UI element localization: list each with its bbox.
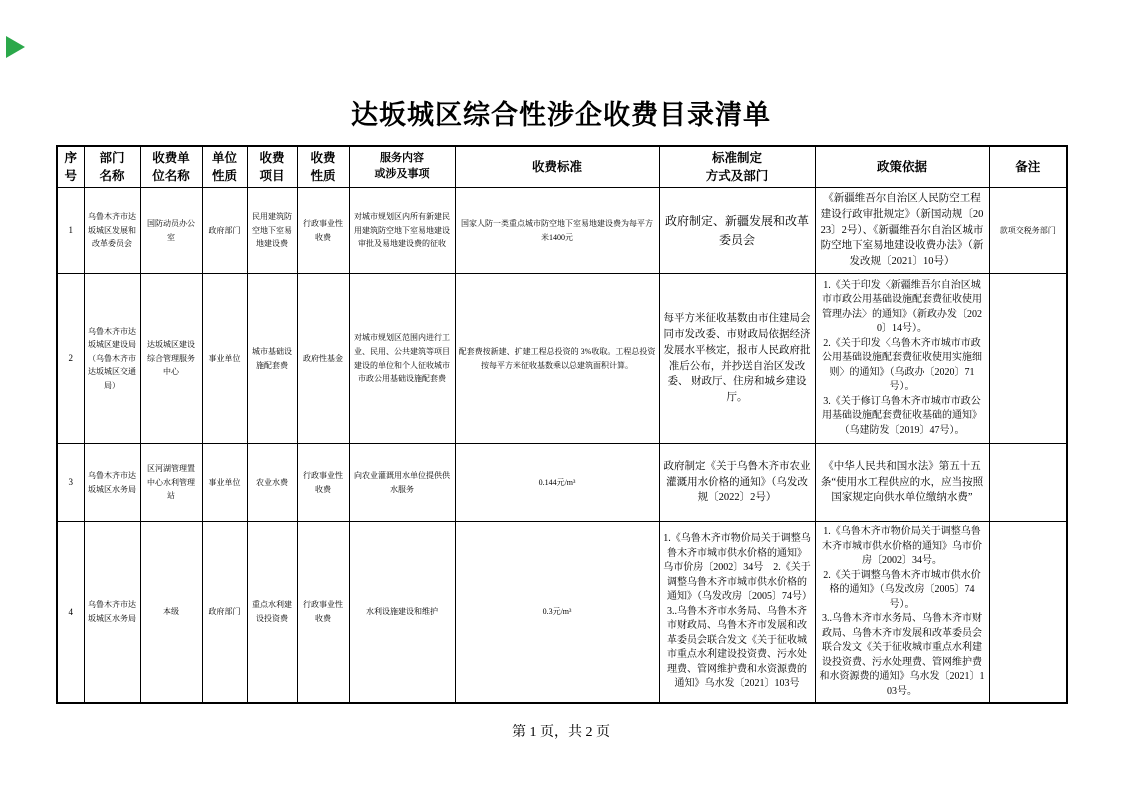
cell-unit: 达坂城区建设综合管理服务中心 <box>140 274 202 444</box>
table-row: 1 乌鲁木齐市达坂城区发展和改革委员会 国防动员办公室 政府部门 民用建筑防空地… <box>57 188 1067 274</box>
cell-method: 每平方米征收基数由市住建局会同市发改委、市财政局依据经济发展水平核定，报市人民政… <box>659 274 815 444</box>
cell-fee-item: 重点水利建设投资费 <box>247 522 297 704</box>
cell-service: 对城市规划区范围内进行工业、民用、公共建筑等项目建设的单位和个人征收城市市政公用… <box>349 274 455 444</box>
cell-service: 向农业灌溉用水单位提供供水服务 <box>349 444 455 522</box>
cell-unit: 国防动员办公室 <box>140 188 202 274</box>
cell-method: 政府制定、新疆发展和改革委员会 <box>659 188 815 274</box>
cell-fee-nature: 政府性基金 <box>297 274 349 444</box>
cell-unit: 区河湖管理置中心水利管理站 <box>140 444 202 522</box>
cell-seq: 2 <box>57 274 84 444</box>
cell-unit-nature: 政府部门 <box>202 522 247 704</box>
fee-catalog-table: 序 号 部门 名称 收费单 位名称 单位 性质 收费 项目 收费 性质 服务内容… <box>56 145 1068 704</box>
cell-unit-nature: 政府部门 <box>202 188 247 274</box>
cell-basis: 《新疆维吾尔自治区人民防空工程建设行政审批规定》（新国动规〔2023〕2号）、《… <box>815 188 989 274</box>
cell-basis: 1.《关于印发〈新疆维吾尔自治区城市市政公用基础设施配套费征收使用管理办法〉的通… <box>815 274 989 444</box>
col-header-standard: 收费标准 <box>455 146 659 188</box>
cell-fee-item: 民用建筑防空地下室易地建设费 <box>247 188 297 274</box>
cell-fee-item: 城市基础设施配套费 <box>247 274 297 444</box>
cell-fee-item: 农业水费 <box>247 444 297 522</box>
col-header-unit-nature: 单位 性质 <box>202 146 247 188</box>
cell-department: 乌鲁木齐市达坂城区水务局 <box>84 522 140 704</box>
cell-service: 水利设施建设和维护 <box>349 522 455 704</box>
col-header-unit: 收费单 位名称 <box>140 146 202 188</box>
cell-department: 乌鲁木齐市达坂城区发展和改革委员会 <box>84 188 140 274</box>
col-header-department: 部门 名称 <box>84 146 140 188</box>
col-header-service: 服务内容 或涉及事项 <box>349 146 455 188</box>
green-triangle-marker <box>6 36 25 58</box>
cell-method: 政府制定《关于乌鲁木齐市农业灌溉用水价格的通知》（乌发改规〔2022〕2号） <box>659 444 815 522</box>
cell-standard: 国家人防一类重点城市防空地下室易地建设费为每平方米1400元 <box>455 188 659 274</box>
cell-seq: 4 <box>57 522 84 704</box>
cell-unit: 本级 <box>140 522 202 704</box>
cell-remark <box>989 522 1067 704</box>
cell-standard: 0.3元/m³ <box>455 522 659 704</box>
page-title: 达坂城区综合性涉企收费目录清单 <box>0 93 1122 132</box>
table-row: 2 乌鲁木齐市达坂城区建设局（乌鲁木齐市达坂城区交通局） 达坂城区建设综合管理服… <box>57 274 1067 444</box>
cell-service: 对城市规划区内所有新建民用建筑防空地下室易地建设审批及易地建设费的征收 <box>349 188 455 274</box>
cell-method: 1.《乌鲁木齐市物价局关于调整乌鲁木齐市城市供水价格的通知》乌市价房〔2002〕… <box>659 522 815 704</box>
table-header-row: 序 号 部门 名称 收费单 位名称 单位 性质 收费 项目 收费 性质 服务内容… <box>57 146 1067 188</box>
cell-basis: 《中华人民共和国水法》第五十五条“使用水工程供应的水，应当按照国家规定向供水单位… <box>815 444 989 522</box>
cell-unit-nature: 事业单位 <box>202 444 247 522</box>
table-row: 3 乌鲁木齐市达坂城区水务局 区河湖管理置中心水利管理站 事业单位 农业水费 行… <box>57 444 1067 522</box>
cell-remark: 款项交税务部门 <box>989 188 1067 274</box>
cell-remark <box>989 444 1067 522</box>
table-row: 4 乌鲁木齐市达坂城区水务局 本级 政府部门 重点水利建设投资费 行政事业性收费… <box>57 522 1067 704</box>
col-header-fee-nature: 收费 性质 <box>297 146 349 188</box>
col-header-seq: 序 号 <box>57 146 84 188</box>
col-header-basis: 政策依据 <box>815 146 989 188</box>
cell-unit-nature: 事业单位 <box>202 274 247 444</box>
cell-seq: 3 <box>57 444 84 522</box>
cell-fee-nature: 行政事业性收费 <box>297 188 349 274</box>
cell-fee-nature: 行政事业性收费 <box>297 444 349 522</box>
cell-department: 乌鲁木齐市达坂城区建设局（乌鲁木齐市达坂城区交通局） <box>84 274 140 444</box>
page-number-footer: 第 1 页，共 2 页 <box>0 721 1122 741</box>
cell-standard: 0.144元/m³ <box>455 444 659 522</box>
cell-department: 乌鲁木齐市达坂城区水务局 <box>84 444 140 522</box>
col-header-fee-item: 收费 项目 <box>247 146 297 188</box>
cell-seq: 1 <box>57 188 84 274</box>
cell-standard: 配套费按新建、扩建工程总投资的 3%收取。工程总投资按每平方米征收基数乘以总建筑… <box>455 274 659 444</box>
cell-remark <box>989 274 1067 444</box>
cell-basis: 1.《乌鲁木齐市物价局关于调整乌鲁木齐市城市供水价格的通知》乌市价房〔2002〕… <box>815 522 989 704</box>
col-header-remark: 备注 <box>989 146 1067 188</box>
col-header-method: 标准制定 方式及部门 <box>659 146 815 188</box>
cell-fee-nature: 行政事业性收费 <box>297 522 349 704</box>
